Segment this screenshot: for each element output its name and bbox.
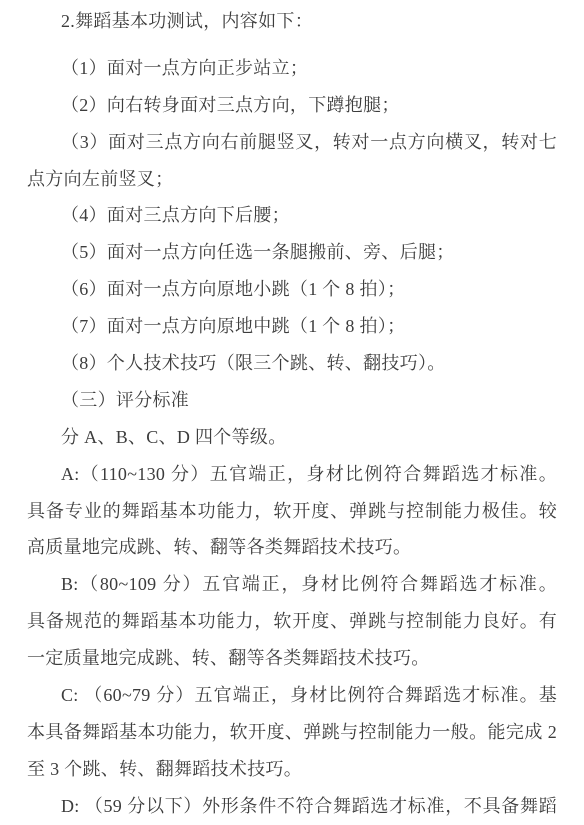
- text-line: （2）向右转身面对三点方向，下蹲抱腿；: [27, 87, 557, 124]
- text-line: 具备规范的舞蹈基本功能力，软开度、弹跳与控制能力良好。有: [27, 603, 557, 640]
- text-line: （6）面对一点方向原地小跳（1 个 8 拍）；: [27, 271, 557, 308]
- text-line: 点方向左前竖叉；: [27, 161, 557, 198]
- document-page: 2.舞蹈基本功测试，内容如下：（1）面对一点方向正步站立；（2）向右转身面对三点…: [0, 0, 584, 825]
- text-line: 至 3 个跳、转、翻舞蹈技术技巧。: [27, 751, 557, 788]
- text-line: （3）面对三点方向右前腿竖叉，转对一点方向横叉，转对七: [27, 124, 557, 161]
- text-line: C: （60~79 分）五官端正，身材比例符合舞蹈选才标准。基: [27, 677, 557, 714]
- text-line: 2.舞蹈基本功测试，内容如下：: [27, 3, 557, 40]
- text-line: B:（80~109 分）五官端正，身材比例符合舞蹈选才标准。: [27, 566, 557, 603]
- text-line: （8）个人技术技巧（限三个跳、转、翻技巧）。: [27, 345, 557, 382]
- text-line: 具备专业的舞蹈基本功能力，软开度、弹跳与控制能力极佳。较: [27, 493, 557, 530]
- text-line: 一定质量地完成跳、转、翻等各类舞蹈技术技巧。: [27, 640, 557, 677]
- text-line: 高质量地完成跳、转、翻等各类舞蹈技术技巧。: [27, 529, 557, 566]
- text-line: （三）评分标准: [27, 382, 557, 419]
- text-line: 本具备舞蹈基本功能力，软开度、弹跳与控制能力一般。能完成 2: [27, 714, 557, 751]
- text-line: A:（110~130 分）五官端正，身材比例符合舞蹈选才标准。: [27, 456, 557, 493]
- text-line: 分 A、B、C、D 四个等级。: [27, 419, 557, 456]
- text-line: D: （59 分以下）外形条件不符合舞蹈选才标准，不具备舞蹈: [27, 788, 557, 825]
- text-line: （7）面对一点方向原地中跳（1 个 8 拍）；: [27, 308, 557, 345]
- text-line: （4）面对三点方向下后腰；: [27, 197, 557, 234]
- text-line: （1）面对一点方向正步站立；: [27, 50, 557, 87]
- text-line: （5）面对一点方向任选一条腿搬前、旁、后腿；: [27, 234, 557, 271]
- document-body: 2.舞蹈基本功测试，内容如下：（1）面对一点方向正步站立；（2）向右转身面对三点…: [27, 3, 557, 825]
